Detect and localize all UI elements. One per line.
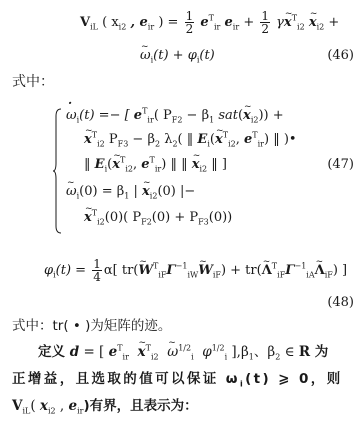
trace-note: 式中：tr( • )为矩阵的迹。 bbox=[12, 318, 171, 334]
eq47-line2: xTi2 PF3 − β2 λ2( ‖ Ei(xTi2, eTir) ‖ )• bbox=[84, 132, 297, 148]
definition-line2: 正增益，且选取的值可以保证 ωi(t) ⩾ 0，则 bbox=[12, 371, 343, 387]
eq47-line5: xTi2(0)( PF2(0) + PF3(0)) bbox=[84, 210, 232, 226]
equation-number-48: (48) bbox=[327, 295, 354, 310]
eq46-line1: ViL ( xi2 , eir ) = 12 eTir eir + 12 γxT… bbox=[80, 10, 339, 35]
eq48-line: φi(t) = 14α[ tr(WTiFΓ−1iWWiF) + tr(ΛTiFΓ… bbox=[44, 258, 347, 283]
eq46-line2: ωi(t) + φi(t) bbox=[140, 48, 215, 64]
fraction-quarter: 14 bbox=[92, 258, 102, 283]
where-label: 式中： bbox=[12, 74, 54, 90]
eq47-line3: ‖ Ei(xTi2, eTir) ‖ ‖ xi2 ‖ ] bbox=[84, 157, 227, 173]
equation-number-46: (46) bbox=[327, 48, 354, 63]
left-brace bbox=[52, 108, 62, 234]
fraction-half-2: 12 bbox=[260, 10, 270, 35]
V-symbol: V bbox=[80, 15, 90, 30]
definition-line3: ViL( xi2 , eir)有界，且表示为： bbox=[12, 398, 198, 414]
definition-line1: 定义 d = [ eTir xTi2 ω1/2i φ1/2i ],β1、β2 ∈… bbox=[38, 344, 328, 360]
fraction-half: 12 bbox=[185, 10, 195, 35]
eq47-line4: ωi(0) = β1 | xi2(0) |− bbox=[66, 184, 195, 200]
equation-number-47: (47) bbox=[327, 157, 354, 172]
eq47-line1: ωi(t) =− [ eTir( PF2 − β1 sat(xi2)) + bbox=[66, 108, 284, 124]
